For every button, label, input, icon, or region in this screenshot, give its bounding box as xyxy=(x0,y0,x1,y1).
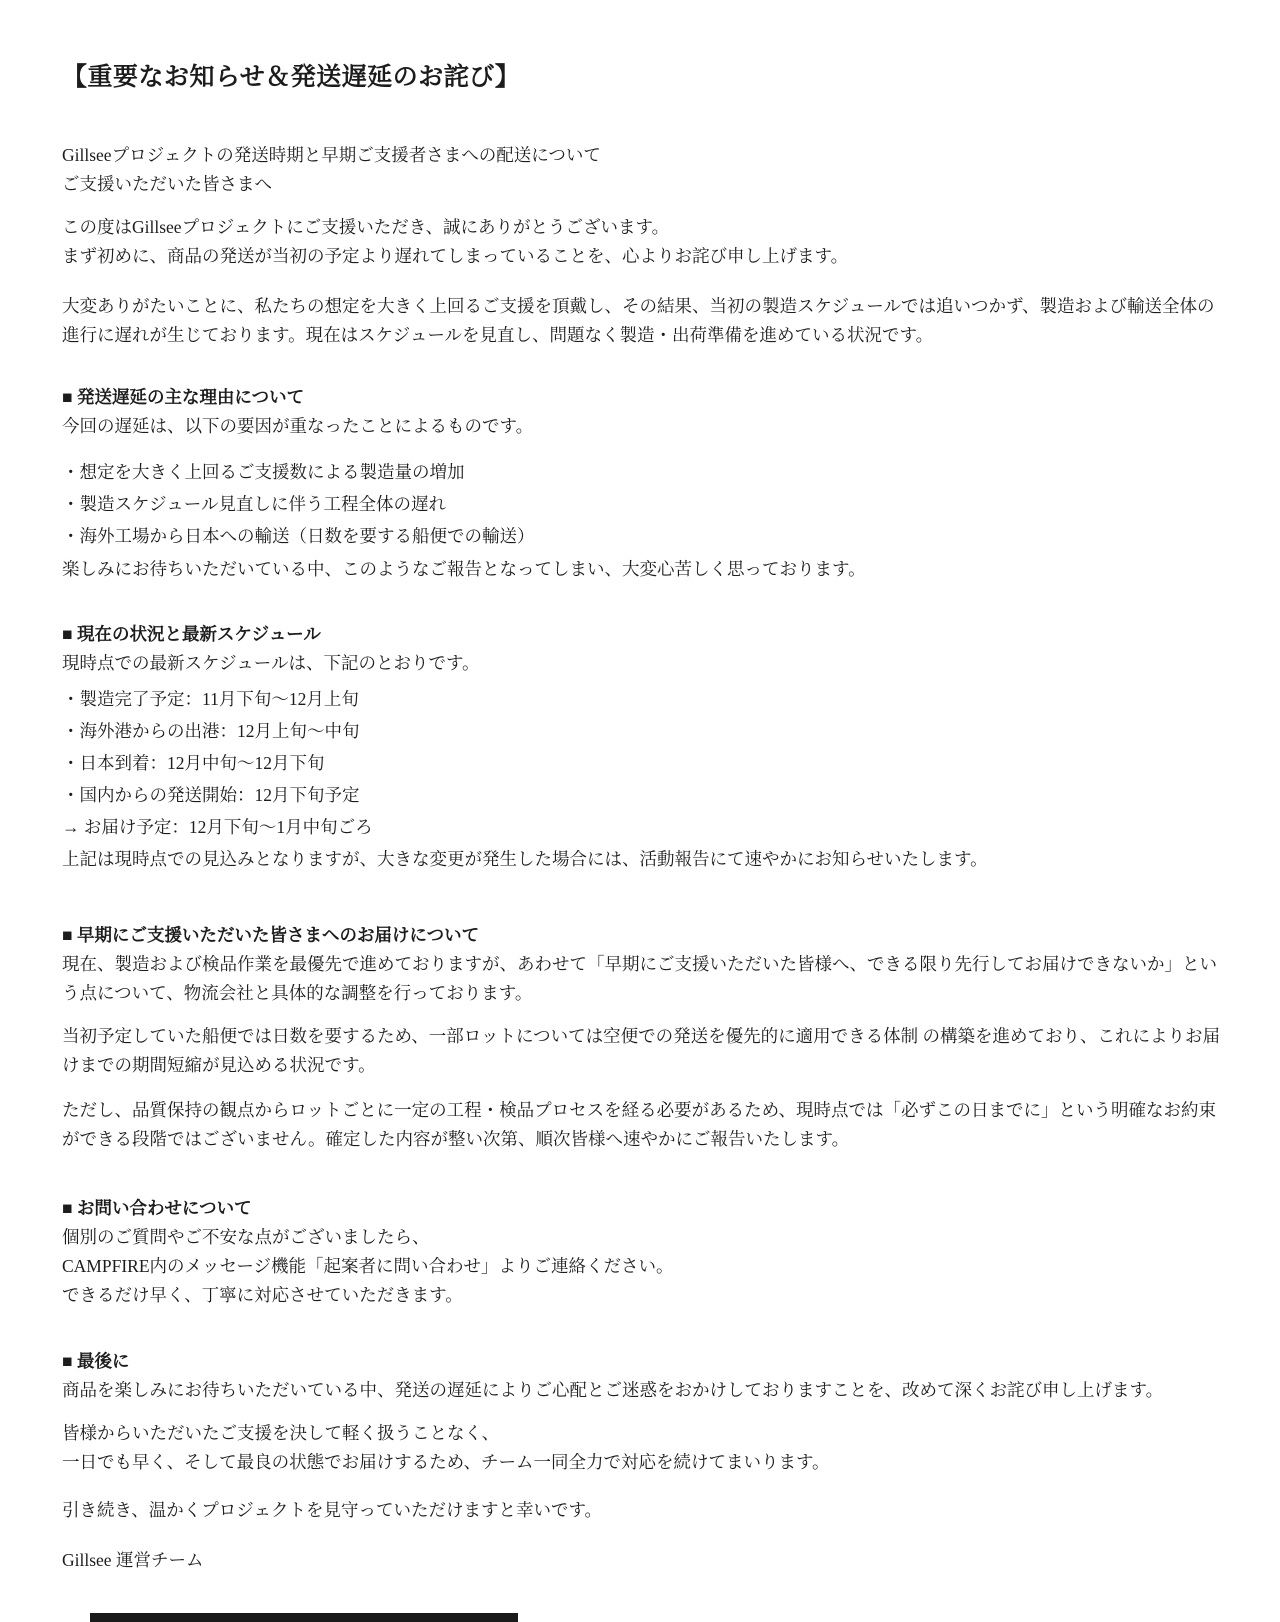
section-heading-early-delivery: ■ 早期にご支援いただいた皆さまへのお届けについて xyxy=(62,921,1220,950)
schedule-item: ・日本到着：12月中旬〜12月下旬 xyxy=(62,749,1220,778)
intro-paragraph-2: この度はGillseeプロジェクトにご支援いただき、誠にありがとうございます。 … xyxy=(62,213,1220,271)
intro-paragraph-1: Gillseeプロジェクトの発送時期と早期ご支援者さまへの配送について ご支援い… xyxy=(62,141,1220,199)
section-heading-closing: ■ 最後に xyxy=(62,1347,1220,1376)
paragraph-line: 皆様からいただいたご支援を決して軽く扱うことなく、 xyxy=(62,1419,1220,1448)
paragraph-line: 個別のご質問やご不安な点がございましたら、 xyxy=(62,1223,1220,1252)
section-heading-contact: ■ お問い合わせについて xyxy=(62,1194,1220,1223)
intro-paragraph-3: 大変ありがたいことに、私たちの想定を大きく上回るご支援を頂戴し、その結果、当初の… xyxy=(62,292,1220,350)
bullet-item: ・製造スケジュール見直しに伴う工程全体の遅れ xyxy=(62,490,1220,519)
reasons-lead: 今回の遅延は、以下の要因が重なったことによるものです。 xyxy=(62,412,1220,441)
contact-paragraph: 個別のご質問やご不安な点がございましたら、 CAMPFIRE内のメッセージ機能「… xyxy=(62,1223,1220,1310)
bullet-item: ・想定を大きく上回るご支援数による製造量の増加 xyxy=(62,458,1220,487)
closing-paragraph-3: 引き続き、温かくプロジェクトを見守っていただけますと幸いです。 xyxy=(62,1496,1220,1525)
section-heading-schedule: ■ 現在の状況と最新スケジュール xyxy=(62,620,1220,649)
early-delivery-paragraph-3: ただし、品質保持の観点からロットごとに一定の工程・検品プロセスを経る必要があるた… xyxy=(62,1096,1220,1154)
reasons-bullet-list: ・想定を大きく上回るご支援数による製造量の増加 ・製造スケジュール見直しに伴う工… xyxy=(62,458,1220,551)
closing-paragraph-2: 皆様からいただいたご支援を決して軽く扱うことなく、 一日でも早く、そして最良の状… xyxy=(62,1419,1220,1477)
schedule-item: ・国内からの発送開始：12月下旬予定 xyxy=(62,781,1220,810)
schedule-item: ・製造完了予定：11月下旬〜12月上旬 xyxy=(62,685,1220,714)
schedule-note: 上記は現時点での見込みとなりますが、大きな変更が発生した場合には、活動報告にて速… xyxy=(62,845,1220,874)
paragraph-line: この度はGillseeプロジェクトにご支援いただき、誠にありがとうございます。 xyxy=(62,213,1220,242)
schedule-item: ・海外港からの出港：12月上旬〜中旬 xyxy=(62,717,1220,746)
paragraph-line: ご支援いただいた皆さまへ xyxy=(62,170,1220,199)
section-heading-reasons: ■ 発送遅延の主な理由について xyxy=(62,383,1220,412)
announcement-document: 【重要なお知らせ＆発送遅延のお詫び】 Gillseeプロジェクトの発送時期と早期… xyxy=(0,0,1280,1575)
paragraph-line: 一日でも早く、そして最良の状態でお届けするため、チーム一同全力で対応を続けてまい… xyxy=(62,1448,1220,1477)
paragraph-line: できるだけ早く、丁寧に対応させていただきます。 xyxy=(62,1281,1220,1310)
closing-paragraph-1: 商品を楽しみにお待ちいただいている中、発送の遅延によりご心配とご迷惑をおかけして… xyxy=(62,1376,1220,1405)
schedule-list: ・製造完了予定：11月下旬〜12月上旬 ・海外港からの出港：12月上旬〜中旬 ・… xyxy=(62,685,1220,842)
document-title: 【重要なお知らせ＆発送遅延のお詫び】 xyxy=(62,62,1220,94)
bullet-item: ・海外工場から日本への輸送（日数を要する船便での輸送） xyxy=(62,522,1220,551)
schedule-lead: 現時点での最新スケジュールは、下記のとおりです。 xyxy=(62,649,1220,678)
paragraph-line: CAMPFIRE内のメッセージ機能「起案者に問い合わせ」よりご連絡ください。 xyxy=(62,1252,1220,1281)
early-delivery-paragraph-2: 当初予定していた船便では日数を要するため、一部ロットについては空便での発送を優先… xyxy=(62,1022,1220,1080)
signature: Gillsee 運営チーム xyxy=(62,1546,1220,1575)
early-delivery-paragraph-1: 現在、製造および検品作業を最優先で進めておりますが、あわせて「早期にご支援いただ… xyxy=(62,950,1220,1008)
paragraph-line: Gillseeプロジェクトの発送時期と早期ご支援者さまへの配送について xyxy=(62,141,1220,170)
paragraph-line: まず初めに、商品の発送が当初の予定より遅れてしまっていることを、心よりお詫び申し… xyxy=(62,242,1220,271)
cutoff-next-content-bar xyxy=(90,1613,518,1622)
reasons-note: 楽しみにお待ちいただいている中、このようなご報告となってしまい、大変心苦しく思っ… xyxy=(62,555,1220,584)
schedule-item: → お届け予定：12月下旬〜1月中旬ごろ xyxy=(62,813,1220,842)
